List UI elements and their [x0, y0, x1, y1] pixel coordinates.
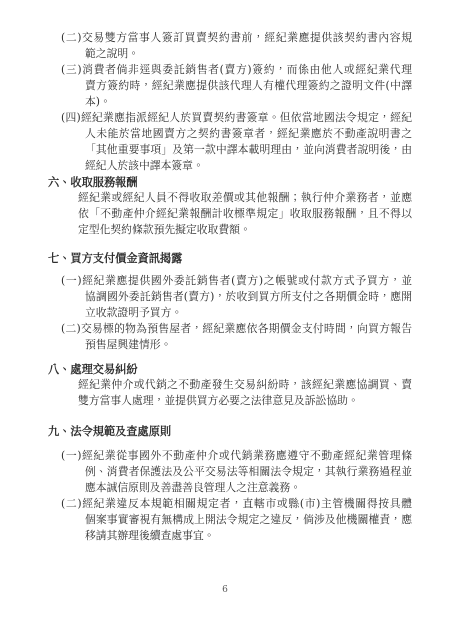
text-line: 例、消費者保護法及公平交易法等相關法令規定，其執行業務過程並	[85, 464, 412, 480]
document-page: (二)交易雙方當事人簽訂買賣契約書前，經紀業應提供該契約書內容規 範之說明。 (…	[0, 0, 450, 640]
section-heading-8: 八、處理交易糾紛	[48, 361, 450, 377]
text-line: 「其他重要事項」及第一款中譯本載明理由，並向消費者說明後，由	[85, 142, 412, 158]
text-line: (四)經紀業應指派經紀人於買賣契約書簽章。但依當地國法令規定，經紀	[61, 110, 412, 126]
text-line: 預售屋興建情形。	[85, 337, 412, 353]
text-line: (一)經紀業應提供國外委託銷售者(賣方)之帳號或付款方式予買方，並	[61, 273, 412, 289]
list-item: (二)經紀業違反本規範相關規定者，直轄市或縣(市)主管機關得按具體 個案事實審視…	[0, 496, 450, 544]
list-item: (二)交易標的物為預售屋者，經紀業應依各期價金支付時間，向買方報告 預售屋興建情…	[0, 321, 450, 353]
section-heading-6: 六、收取服務報酬	[48, 174, 450, 190]
text-line: (二)交易雙方當事人簽訂買賣契約書前，經紀業應提供該契約書內容規	[61, 30, 412, 46]
text-line: 人未能於當地國賣方之契約書簽章者，經紀業應於不動產說明書之	[85, 126, 412, 142]
text-line: 經紀業或經紀人員不得收取差價或其他報酬；執行仲介業務者，並應	[78, 190, 412, 206]
text-line: 移請其辦理後續查處事宜。	[85, 528, 412, 544]
list-item: (二)交易雙方當事人簽訂買賣契約書前，經紀業應提供該契約書內容規 範之說明。	[0, 30, 450, 62]
section-heading-7: 七、買方支付價金資訊揭露	[48, 250, 450, 266]
text-line: (二)經紀業違反本規範相關規定者，直轄市或縣(市)主管機關得按具體	[61, 496, 412, 512]
list-item: (三)消費者倘非逕與委託銷售者(賣方)簽約，而係由他人或經紀業代理 賣方簽約時，…	[0, 62, 450, 110]
text-line: 本)。	[85, 94, 412, 110]
text-line: (一)經紀業從事國外不動產仲介或代銷業務應遵守不動產經紀業管理條	[61, 448, 412, 464]
text-line: 依「不動產仲介經紀業報酬計收標準規定」收取服務報酬，且不得以	[78, 206, 412, 222]
document-content: (二)交易雙方當事人簽訂買賣契約書前，經紀業應提供該契約書內容規 範之說明。 (…	[0, 0, 450, 544]
text-line: 立收款證明予買方。	[85, 305, 412, 321]
text-line: (三)消費者倘非逕與委託銷售者(賣方)簽約，而係由他人或經紀業代理	[61, 62, 412, 78]
list-item: (一)經紀業應提供國外委託銷售者(賣方)之帳號或付款方式予買方，並 協調國外委託…	[0, 273, 450, 321]
paragraph: 經紀業或經紀人員不得收取差價或其他報酬；執行仲介業務者，並應 依「不動產仲介經紀…	[0, 190, 450, 238]
text-line: 應本誠信原則及善盡善良管理人之注意義務。	[85, 480, 412, 496]
paragraph: 經紀業仲介或代銷之不動產發生交易糾紛時，該經紀業應協調買、賣 雙方當事人處理，並…	[0, 377, 450, 409]
list-item: (一)經紀業從事國外不動產仲介或代銷業務應遵守不動產經紀業管理條 例、消費者保護…	[0, 448, 450, 496]
section-heading-9: 九、法令規範及查處原則	[48, 423, 450, 439]
text-line: 雙方當事人處理，並提供買方必要之法律意見及訴訟協助。	[78, 393, 412, 409]
list-item: (四)經紀業應指派經紀人於買賣契約書簽章。但依當地國法令規定，經紀 人未能於當地…	[0, 110, 450, 174]
text-line: 範之說明。	[85, 46, 412, 62]
text-line: 定型化契約條款預先擬定收取費額。	[78, 222, 412, 238]
page-number: 6	[0, 584, 450, 596]
text-line: 賣方簽約時，經紀業應提供該代理人有權代理簽約之證明文件(中譯	[85, 78, 412, 94]
text-line: 個案事實審視有無構成上開法令規定之違反，倘涉及他機關權責，應	[85, 512, 412, 528]
text-line: 經紀人於該中譯本簽章。	[85, 158, 412, 174]
text-line: (二)交易標的物為預售屋者，經紀業應依各期價金支付時間，向買方報告	[61, 321, 412, 337]
text-line: 經紀業仲介或代銷之不動產發生交易糾紛時，該經紀業應協調買、賣	[78, 377, 412, 393]
text-line: 協調國外委託銷售者(賣方)，於收到買方所支付之各期價金時，應開	[85, 289, 412, 305]
